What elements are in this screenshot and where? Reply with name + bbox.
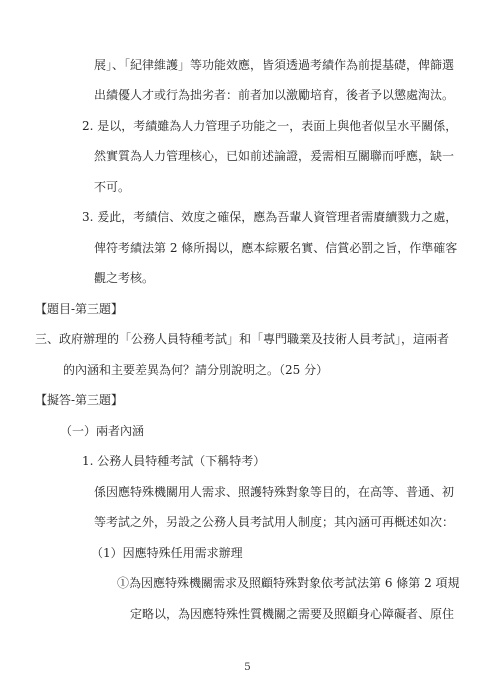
answer-2-item-3-line: 觀之考核。 — [94, 271, 154, 286]
answer-2-continuation-line: 出績優人才或行為拙劣者：前者加以激勵培育，後者予以懲處淘汰。 — [94, 88, 454, 103]
question-3-text-line: 的內涵和主要差異為何？請分別說明之。（25 分） — [63, 363, 328, 378]
answer-3-point-1-line: ①為因應特殊機關需求及照顧特殊對象依考試法第 6 條第 2 項規 — [117, 576, 460, 591]
section-header-question-3: 【題目-第三題】 — [35, 302, 123, 317]
section-header-answer-3: 【擬答-第三題】 — [35, 393, 123, 408]
question-3-text-line: 三、政府辦理的「公務人員特種考試」和「專門職業及技術人員考試」，這兩者 — [35, 332, 449, 347]
answer-2-item-3-line: 3. 爰此，考績信、效度之確保，應為吾輩人資管理者需賡續戮力之處， — [82, 210, 457, 225]
answer-2-item-2-line: 然實質為人力管理核心，已如前述論證，爰需相互關聯而呼應，缺一 — [94, 149, 454, 164]
answer-2-continuation-line: 展」、「紀律維護」等功能效應，皆須透過考績作為前提基礎，俾篩選 — [94, 58, 454, 73]
answer-3-part-1-heading: （一）兩者內涵 — [60, 424, 144, 439]
answer-2-item-2-line: 2. 是以，考績雖為人力管理子功能之一，表面上與他者似呈水平關係， — [82, 119, 457, 134]
answer-2-item-3-line: 俾符考績法第 2 條所揭以，應本綜覈名實、信賞必罰之旨，作準確客 — [94, 241, 457, 256]
page-number: 5 — [0, 661, 495, 673]
answer-3-item-1-line: 等考試之外，另設之公務人員考試用人制度；其內涵可再概述如次： — [94, 515, 454, 530]
answer-2-item-2-line: 不可。 — [94, 180, 130, 195]
answer-3-item-1-heading: 1. 公務人員特種考試（下稱特考） — [82, 454, 265, 469]
answer-3-point-1-line: 定略以，為因應特殊性質機關之需要及照顧身心障礙者、原住 — [130, 607, 454, 622]
answer-3-item-1-line: 係因應特殊機關用人需求、照護特殊對象等目的，在高等、普通、初 — [94, 485, 454, 500]
document-page: 展」、「紀律維護」等功能效應，皆須透過考績作為前提基礎，俾篩選 出績優人才或行為… — [0, 0, 495, 700]
answer-3-sub-1-heading: （1）因應特殊任用需求辦理 — [91, 546, 243, 561]
